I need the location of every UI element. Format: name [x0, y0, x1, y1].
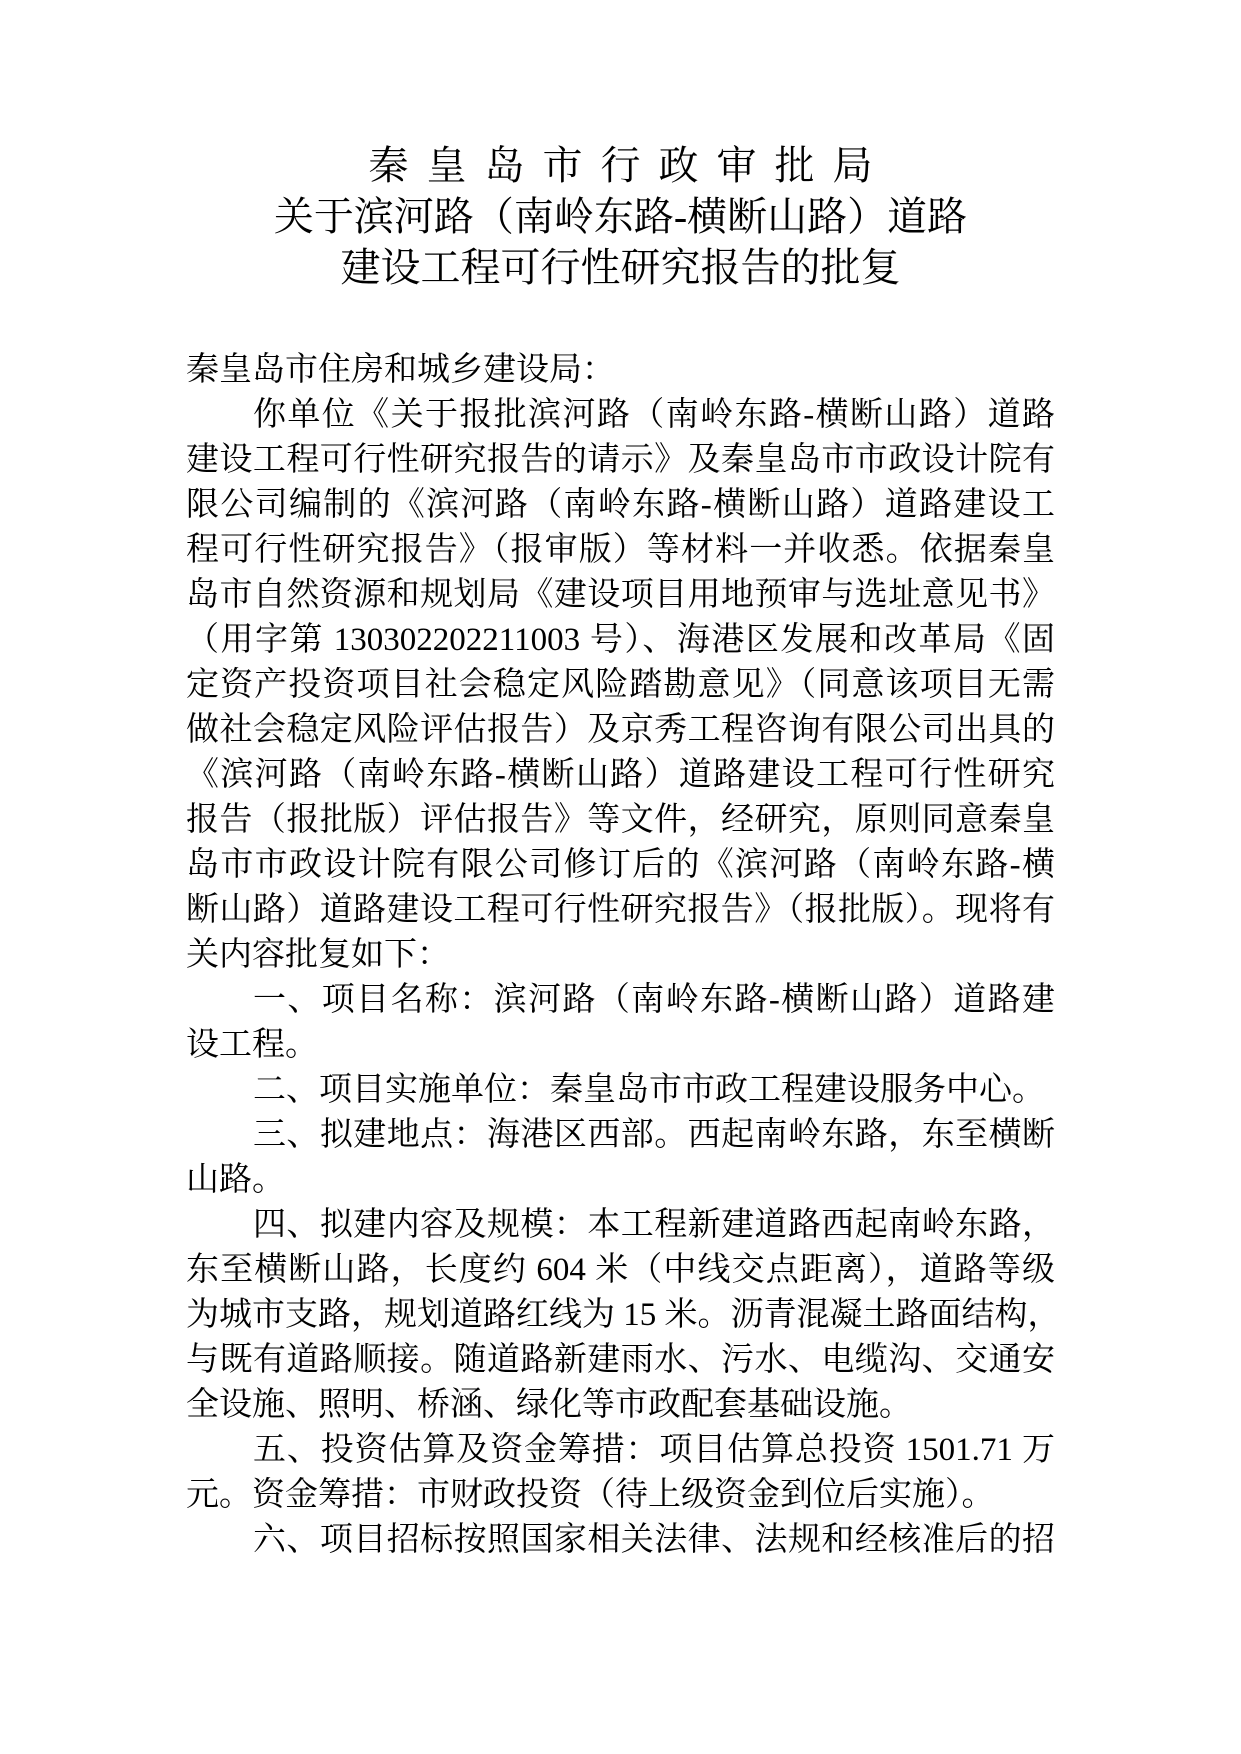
body-line: 程可行性研究报告》（报审版）等材料一并收悉。依据秦皇 [186, 528, 1055, 573]
body-line: 三、拟建地点：海港区西部。西起南岭东路，东至横断 [186, 1113, 1055, 1158]
body-line: 全设施、照明、桥涵、绿化等市政配套基础设施。 [186, 1383, 1055, 1428]
title-line-issuer: 秦皇岛市行政审批局 [186, 140, 1055, 191]
body-line: 五、投资估算及资金筹措：项目估算总投资 1501.71 万 [186, 1428, 1055, 1473]
body-line: 定资产投资项目社会稳定风险踏勘意见》（同意该项目无需 [186, 663, 1055, 708]
body-line: 岛市市政设计院有限公司修订后的《滨河路（南岭东路-横 [186, 843, 1055, 888]
body-line: 设工程。 [186, 1023, 1055, 1068]
body-line: 二、项目实施单位：秦皇岛市市政工程建设服务中心。 [186, 1068, 1055, 1113]
body-line: 为城市支路，规划道路红线为 15 米。沥青混凝土路面结构， [186, 1293, 1055, 1338]
body-line: 六、项目招标按照国家相关法律、法规和经核准后的招 [186, 1518, 1055, 1563]
salutation-line: 秦皇岛市住房和城乡建设局： [186, 348, 1055, 393]
document-page: 秦皇岛市行政审批局 关于滨河路（南岭东路-横断山路）道路 建设工程可行性研究报告… [0, 0, 1241, 1754]
body-line: 一、项目名称：滨河路（南岭东路-横断山路）道路建 [186, 978, 1055, 1023]
body-line: 断山路）道路建设工程可行性研究报告》（报批版）。现将有 [186, 888, 1055, 933]
body-line: 建设工程可行性研究报告的请示》及秦皇岛市市政设计院有 [186, 438, 1055, 483]
body-line: 元。资金筹措：市财政投资（待上级资金到位后实施）。 [186, 1473, 1055, 1518]
document-content: 秦皇岛市行政审批局 关于滨河路（南岭东路-横断山路）道路 建设工程可行性研究报告… [186, 0, 1055, 1563]
body-line: 与既有道路顺接。随道路新建雨水、污水、电缆沟、交通安 [186, 1338, 1055, 1383]
document-title: 秦皇岛市行政审批局 关于滨河路（南岭东路-横断山路）道路 建设工程可行性研究报告… [186, 140, 1055, 293]
body-line: 报告（报批版）评估报告》等文件，经研究，原则同意秦皇 [186, 798, 1055, 843]
title-line-subject-2: 建设工程可行性研究报告的批复 [186, 242, 1055, 293]
body-line: 限公司编制的《滨河路（南岭东路-横断山路）道路建设工 [186, 483, 1055, 528]
body-line: （用字第 130302202211003 号）、海港区发展和改革局《固 [186, 618, 1055, 663]
document-body: 秦皇岛市住房和城乡建设局： 你单位《关于报批滨河路（南岭东路-横断山路）道路建设… [186, 348, 1055, 1563]
body-line: 《滨河路（南岭东路-横断山路）道路建设工程可行性研究 [186, 753, 1055, 798]
body-line: 做社会稳定风险评估报告）及京秀工程咨询有限公司出具的 [186, 708, 1055, 753]
body-line: 关内容批复如下： [186, 933, 1055, 978]
title-line-subject-1: 关于滨河路（南岭东路-横断山路）道路 [186, 191, 1055, 242]
body-line: 山路。 [186, 1158, 1055, 1203]
body-line: 你单位《关于报批滨河路（南岭东路-横断山路）道路 [186, 393, 1055, 438]
body-line: 四、拟建内容及规模：本工程新建道路西起南岭东路， [186, 1203, 1055, 1248]
body-line: 岛市自然资源和规划局《建设项目用地预审与选址意见书》 [186, 573, 1055, 618]
body-line: 东至横断山路，长度约 604 米（中线交点距离），道路等级 [186, 1248, 1055, 1293]
